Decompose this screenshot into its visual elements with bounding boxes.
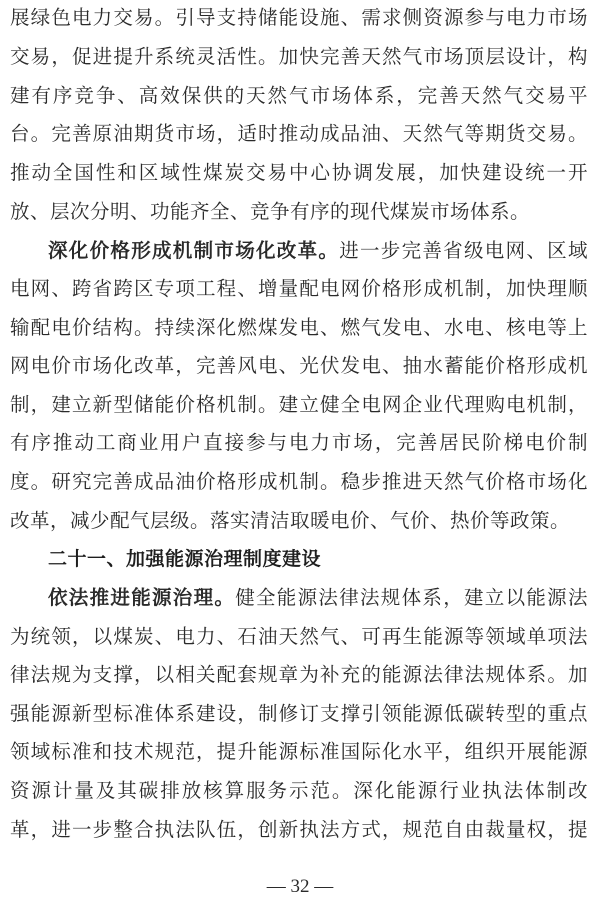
paragraph-line: 放、层次分明、功能齐全、竞争有序的现代煤炭市场体系。 [10, 197, 588, 227]
paragraph-line: 律法规为支撑，以相关配套规章为补充的能源法律法规体系。加 [10, 660, 588, 690]
paragraph-lead-phrase: 依法推进能源治理。 [48, 586, 235, 609]
paragraph-line: 展绿色电力交易。引导支持储能设施、需求侧资源参与电力市场 [10, 3, 588, 33]
paragraph-lead-phrase: 深化价格形成机制市场化改革。 [48, 239, 339, 262]
paragraph-line: 资源计量及其碳排放核算服务示范。深化能源行业执法体制改 [10, 776, 588, 806]
paragraph-line: 改革，减少配气层级。落实清洁取暖电价、气价、热价等政策。 [10, 506, 588, 536]
paragraph-line: 台。完善原油期货市场，适时推动成品油、天然气等期货交易。 [10, 119, 588, 149]
paragraph-line: 建有序竞争、高效保供的天然气市场体系，完善天然气交易平 [10, 81, 588, 111]
paragraph-line-rest: 健全能源法律法规体系，建立以能源法 [235, 586, 588, 609]
paragraph-line: 输配电价结构。持续深化燃煤发电、燃气发电、水电、核电等上 [10, 313, 588, 343]
paragraph-line: 电网、跨省跨区专项工程、增量配电网价格形成机制，加快理顺 [10, 274, 588, 304]
paragraph-first-line: 深化价格形成机制市场化改革。进一步完善省级电网、区域 [48, 236, 588, 266]
paragraph-first-line: 依法推进能源治理。健全能源法律法规体系，建立以能源法 [48, 583, 588, 613]
page-number: — 32 — [0, 874, 600, 900]
paragraph-line: 交易，促进提升系统灵活性。加快完善天然气市场顶层设计，构 [10, 42, 588, 72]
paragraph-line: 制，建立新型储能价格机制。建立健全电网企业代理购电机制， [10, 390, 588, 420]
paragraph-line: 领域标准和技术规范，提升能源标准国际化水平，组织开展能源 [10, 737, 588, 767]
paragraph-line: 革，进一步整合执法队伍，创新执法方式，规范自由裁量权，提 [10, 815, 588, 845]
paragraph-line: 为统领，以煤炭、电力、石油天然气、可再生能源等领域单项法 [10, 622, 588, 652]
paragraph-line: 有序推动工商业用户直接参与电力市场，完善居民阶梯电价制 [10, 428, 588, 458]
section-heading: 二十一、加强能源治理制度建设 [48, 544, 321, 574]
document-page: 展绿色电力交易。引导支持储能设施、需求侧资源参与电力市场 交易，促进提升系统灵活… [0, 0, 600, 907]
paragraph-line: 推动全国性和区域性煤炭交易中心协调发展，加快建设统一开 [10, 158, 588, 188]
paragraph-line: 网电价市场化改革，完善风电、光伏发电、抽水蓄能价格形成机 [10, 351, 588, 381]
paragraph-line: 强能源新型标准体系建设，制修订支撑引领能源低碳转型的重点 [10, 699, 588, 729]
paragraph-line: 度。研究完善成品油价格形成机制。稳步推进天然气价格市场化 [10, 467, 588, 497]
paragraph-line-rest: 进一步完善省级电网、区域 [339, 239, 588, 262]
